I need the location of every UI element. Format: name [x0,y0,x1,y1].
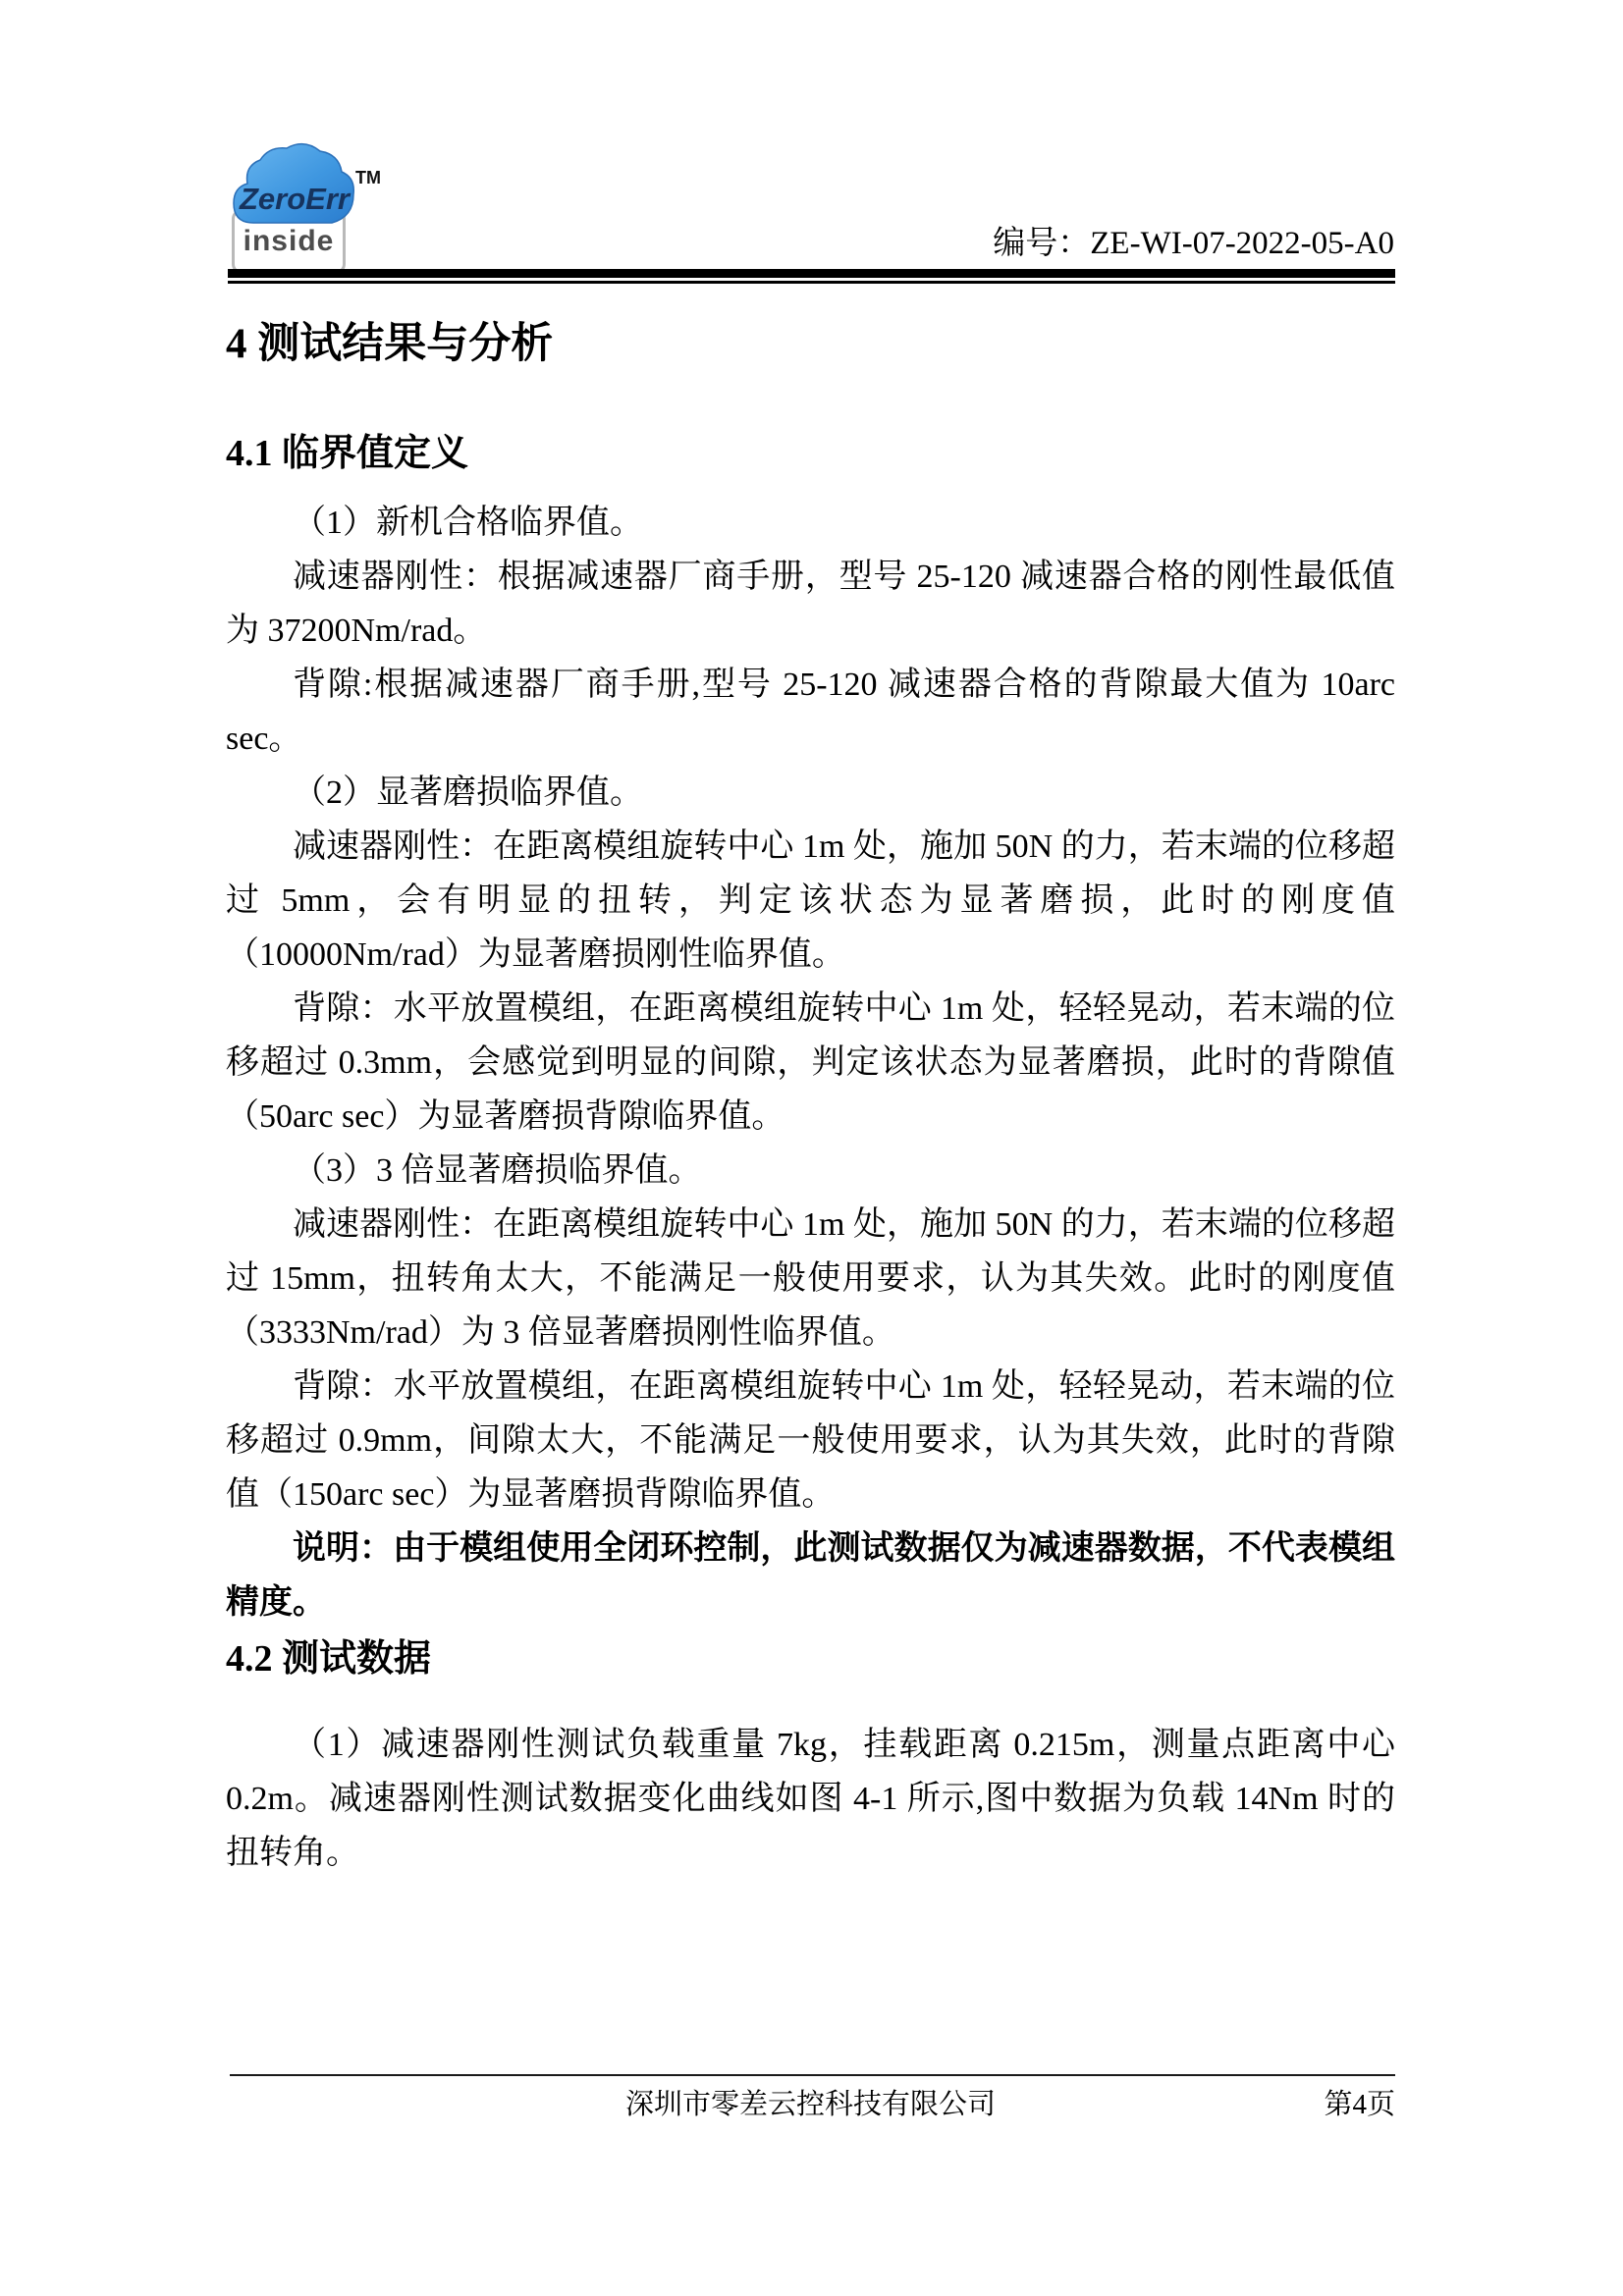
paragraph: 减速器刚性：根据减速器厂商手册，型号 25-120 减速器合格的刚性最低值为 3… [226,550,1395,658]
section-4-1-heading: 4.1 临界值定义 [226,430,1395,477]
footer-rule [230,2074,1395,2076]
section-4-2-body: （1）减速器刚性测试负载重量 7kg，挂载距离 0.215m，测量点距离中心 0… [226,1718,1395,1880]
paragraph: （1）新机合格临界值。 [226,496,1395,550]
zeroerr-logo: inside ZeroErr TM [228,138,424,286]
paragraph: 背隙：水平放置模组，在距离模组旋转中心 1m 处，轻轻晃动，若末端的位移超过 0… [226,1360,1395,1522]
chapter-title: 4 测试结果与分析 [226,319,1395,370]
section-4-1-body: （1）新机合格临界值。 减速器刚性：根据减速器厂商手册，型号 25-120 减速… [226,496,1395,1629]
paragraph: （2）显著磨损临界值。 [226,766,1395,820]
section-4-2-heading: 4.2 测试数据 [226,1635,1395,1682]
document-number: 编号：ZE-WI-07-2022-05-A0 [226,217,1394,263]
paragraph: 减速器刚性：在距离模组旋转中心 1m 处，施加 50N 的力，若末端的位移超过 … [226,820,1395,982]
logo-brand-text: ZeroErr [239,182,352,216]
paragraph: （3）3 倍显著磨损临界值。 [226,1144,1395,1198]
header-rule-thick [228,269,1395,278]
document-page: inside ZeroErr TM 编号：ZE-WI-07-2022-05-A0… [0,0,1623,2296]
note-paragraph: 说明：由于模组使用全闭环控制，此测试数据仅为减速器数据，不代表模组精度。 [226,1522,1395,1629]
paragraph: 背隙：水平放置模组，在距离模组旋转中心 1m 处，轻轻晃动，若末端的位移超过 0… [226,982,1395,1144]
cloud-logo-icon: ZeroErr [228,138,357,229]
header-rule-thin [228,281,1395,284]
paragraph: 减速器刚性：在距离模组旋转中心 1m 处，施加 50N 的力，若末端的位移超过 … [226,1198,1395,1360]
trademark-symbol: TM [355,168,381,188]
paragraph: 背隙:根据减速器厂商手册,型号 25-120 减速器合格的背隙最大值为 10ar… [226,658,1395,766]
paragraph: （1）减速器刚性测试负载重量 7kg，挂载距离 0.215m，测量点距离中心 0… [226,1718,1395,1880]
footer-page-number: 第4页 [226,2082,1395,2122]
